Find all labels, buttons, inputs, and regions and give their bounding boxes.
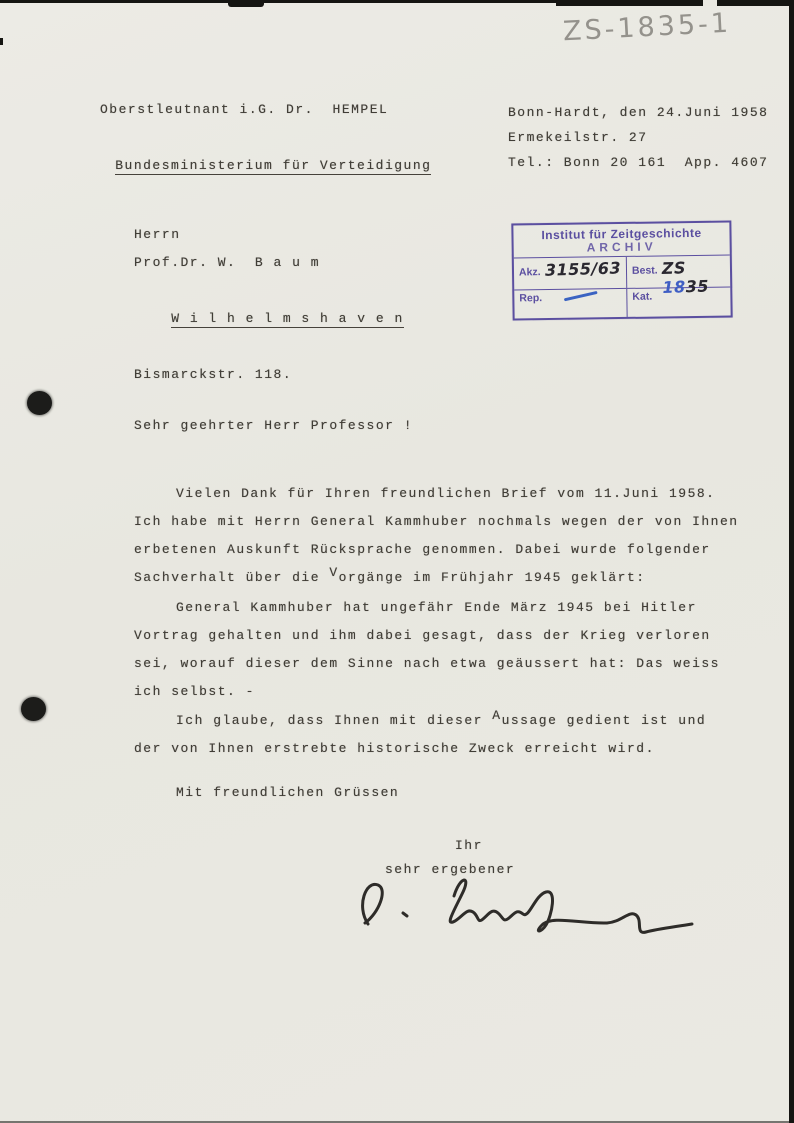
scan-edge-top-right [556,0,794,6]
sender-name: Oberstleutnant i.G. Dr. HEMPEL [78,96,431,124]
line-part: Ich glaube, dass Ihnen mit dieser [176,713,492,728]
scan-edge-top-notch [703,0,717,6]
stamp-header: Institut für Zeitgeschichte ARCHIV [513,222,729,258]
stamp-akz-label: Akz. [519,266,541,278]
scan-edge-right [789,0,794,1123]
hole-punch-top [27,391,52,415]
letter-salutation: Sehr geehrter Herr Professor ! [134,412,413,440]
stamp-best-35: 35 [685,277,709,297]
hole-punch-bottom [21,697,46,721]
stamp-best-18: 18 [662,277,686,297]
archive-stamp: Institut für Zeitgeschichte ARCHIV Akz. … [511,220,732,320]
signature-handwriting [348,868,700,951]
paragraph-line: sei, worauf dieser dem Sinne nach etwa g… [134,650,720,678]
letter-paragraph-1: Vielen Dank für Ihren freundlichen Brief… [134,480,739,592]
stamp-rep-label: Rep. [519,292,542,304]
sender-organization: Bundesministerium für Verteidigung [78,124,431,208]
recipient-salutation: Herrn [134,221,404,249]
stamp-row-1: Akz. 3155/63 Best. ZS 1835 [514,255,730,290]
street-line: Ermekeilstr. 27 [508,125,768,150]
letter-greeting: Mit freundlichen Grüssen [176,779,399,807]
letter-paragraph-2: General Kammhuber hat ungefähr Ende März… [134,594,720,706]
paragraph-line: ich selbst. - [134,678,720,706]
recipient-block: Herrn Prof.Dr. W. B a u m W i l h e l m … [134,221,404,389]
stamp-akz-value-handwritten: 3155/63 [544,258,621,279]
paragraph-line: Vielen Dank für Ihren freundlichen Brief… [134,480,739,508]
stamp-archive-label: ARCHIV [516,240,728,256]
stamp-best-label: Best. [632,265,658,277]
telephone-line: Tel.: Bonn 20 161 App. 4607 [508,150,768,175]
stamp-best-zs: ZS [661,258,686,278]
paragraph-line: Ich habe mit Herrn General Kammhuber noc… [134,508,739,536]
date-block: Bonn-Hardt, den 24.Juni 1958 Ermekeilstr… [508,100,768,175]
scan-edge-top-blob [228,0,264,7]
paragraph-line: Ich glaube, dass Ihnen mit dieser Aussag… [134,707,706,735]
recipient-name: Prof.Dr. W. B a u m [134,249,404,277]
stamp-rep-pen-stroke [564,291,598,301]
scan-speck-left [0,38,3,45]
place-date-line: Bonn-Hardt, den 24.Juni 1958 [508,100,768,125]
stamp-kat-label: Kat. [632,291,652,303]
letter-paragraph-3: Ich glaube, dass Ihnen mit dieser Aussag… [134,707,706,763]
raised-typo-letter: V [329,565,338,580]
line-part: orgänge im Frühjahr 1945 geklärt: [339,570,646,585]
paragraph-line: Sachverhalt über die Vorgänge im Frühjah… [134,564,739,592]
line-part: Sachverhalt über die [134,570,329,585]
signature-svg [348,868,700,946]
stamp-rep-cell: Rep. [514,289,627,319]
stamp-akz-cell: Akz. 3155/63 [514,257,627,290]
paragraph-line: der von Ihnen erstrebte historische Zwec… [134,735,706,763]
recipient-city-text: W i l h e l m s h a v e n [171,311,404,328]
sender-block: Oberstleutnant i.G. Dr. HEMPEL Bundesmin… [78,96,431,208]
stamp-best-cell: Best. ZS 1835 [627,255,730,287]
raised-typo-letter: A [492,708,501,723]
stamp-best-value-handwritten: ZS 1835 [661,257,726,297]
paragraph-line: erbetenen Auskunft Rücksprache genommen.… [134,536,739,564]
paragraph-line: General Kammhuber hat ungefähr Ende März… [134,594,720,622]
line-part: ussage gedient ist und [502,713,707,728]
archive-number-handwritten: ZS-1835-1 [562,8,731,48]
recipient-street: Bismarckstr. 118. [134,361,404,389]
sender-organization-text: Bundesministerium für Verteidigung [115,158,431,175]
paragraph-line: Vortrag gehalten und ihm dabei gesagt, d… [134,622,720,650]
recipient-city: W i l h e l m s h a v e n [134,277,404,361]
